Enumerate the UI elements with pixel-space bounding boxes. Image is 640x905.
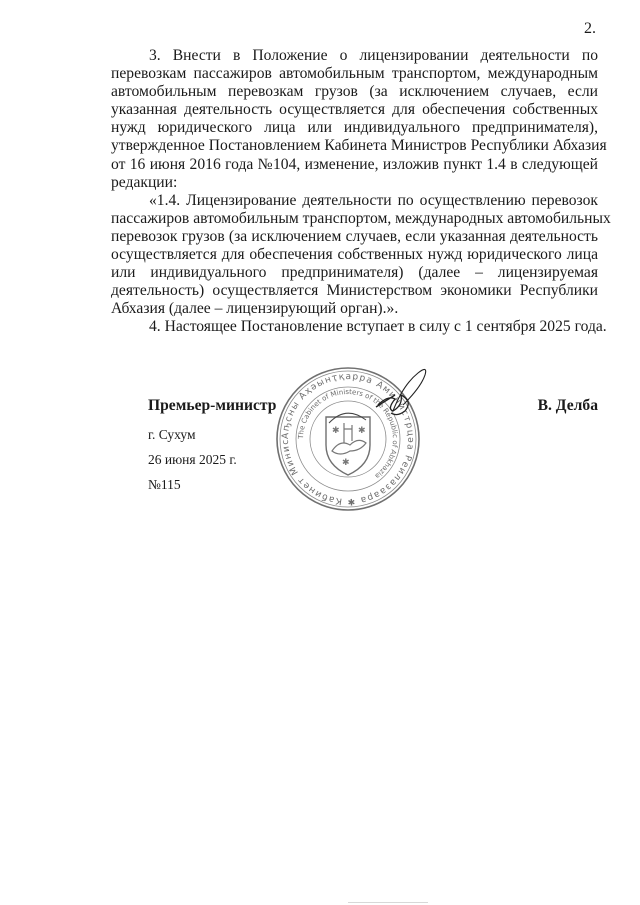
text-line: редакции:	[111, 174, 598, 192]
paragraph-item-4: 4. Настоящее Постановление вступает в си…	[111, 318, 598, 336]
text-line: автомобильным перевозкам грузов (за искл…	[111, 83, 598, 101]
handwritten-signature-icon	[373, 365, 443, 420]
text-line: нужд юридического лица или индивидуально…	[111, 119, 598, 137]
text-line: пассажиров автомобильным транспортом, ме…	[111, 210, 598, 228]
text-line: или индивидуального предпринимателя) (да…	[111, 264, 598, 282]
text-line: деятельность) осуществляется Министерств…	[111, 282, 598, 300]
text-line: 3. Внести в Положение о лицензировании д…	[111, 47, 598, 65]
signatory-name: В. Делба	[538, 397, 598, 415]
text-line: перевозкам пассажиров автомобильным тран…	[111, 65, 598, 83]
svg-text:✱: ✱	[332, 425, 340, 435]
text-line: осуществляется для обеспечения собственн…	[111, 246, 598, 264]
text-line: от 16 июня 2016 года №104, изменение, из…	[111, 156, 598, 174]
text-line: 4. Настоящее Постановление вступает в си…	[111, 318, 598, 336]
text-line: указанная деятельность осуществляется дл…	[111, 101, 598, 119]
paragraph-item-3: 3. Внести в Положение о лицензировании д…	[111, 47, 598, 192]
text-line: Абхазия (далее – лицензирующий орган).».	[111, 300, 598, 318]
issue-place: г. Сухум	[148, 427, 196, 443]
paragraph-item-1-4: «1.4. Лицензирование деятельности по осу…	[111, 192, 598, 319]
scan-artifact	[348, 902, 428, 903]
document-body: 3. Внести в Положение о лицензировании д…	[111, 47, 598, 337]
svg-text:✱: ✱	[358, 425, 366, 435]
text-line: «1.4. Лицензирование деятельности по осу…	[111, 192, 598, 210]
svg-text:✱: ✱	[342, 457, 350, 467]
page-number: 2.	[584, 20, 596, 38]
text-line: утвержденное Постановлением Кабинета Мин…	[111, 137, 598, 155]
issue-date: 26 июня 2025 г.	[148, 452, 237, 468]
signatory-title: Премьер-министр	[148, 397, 276, 415]
document-number: №115	[148, 477, 181, 493]
text-line: перевозок грузов (за исключением случаев…	[111, 228, 598, 246]
